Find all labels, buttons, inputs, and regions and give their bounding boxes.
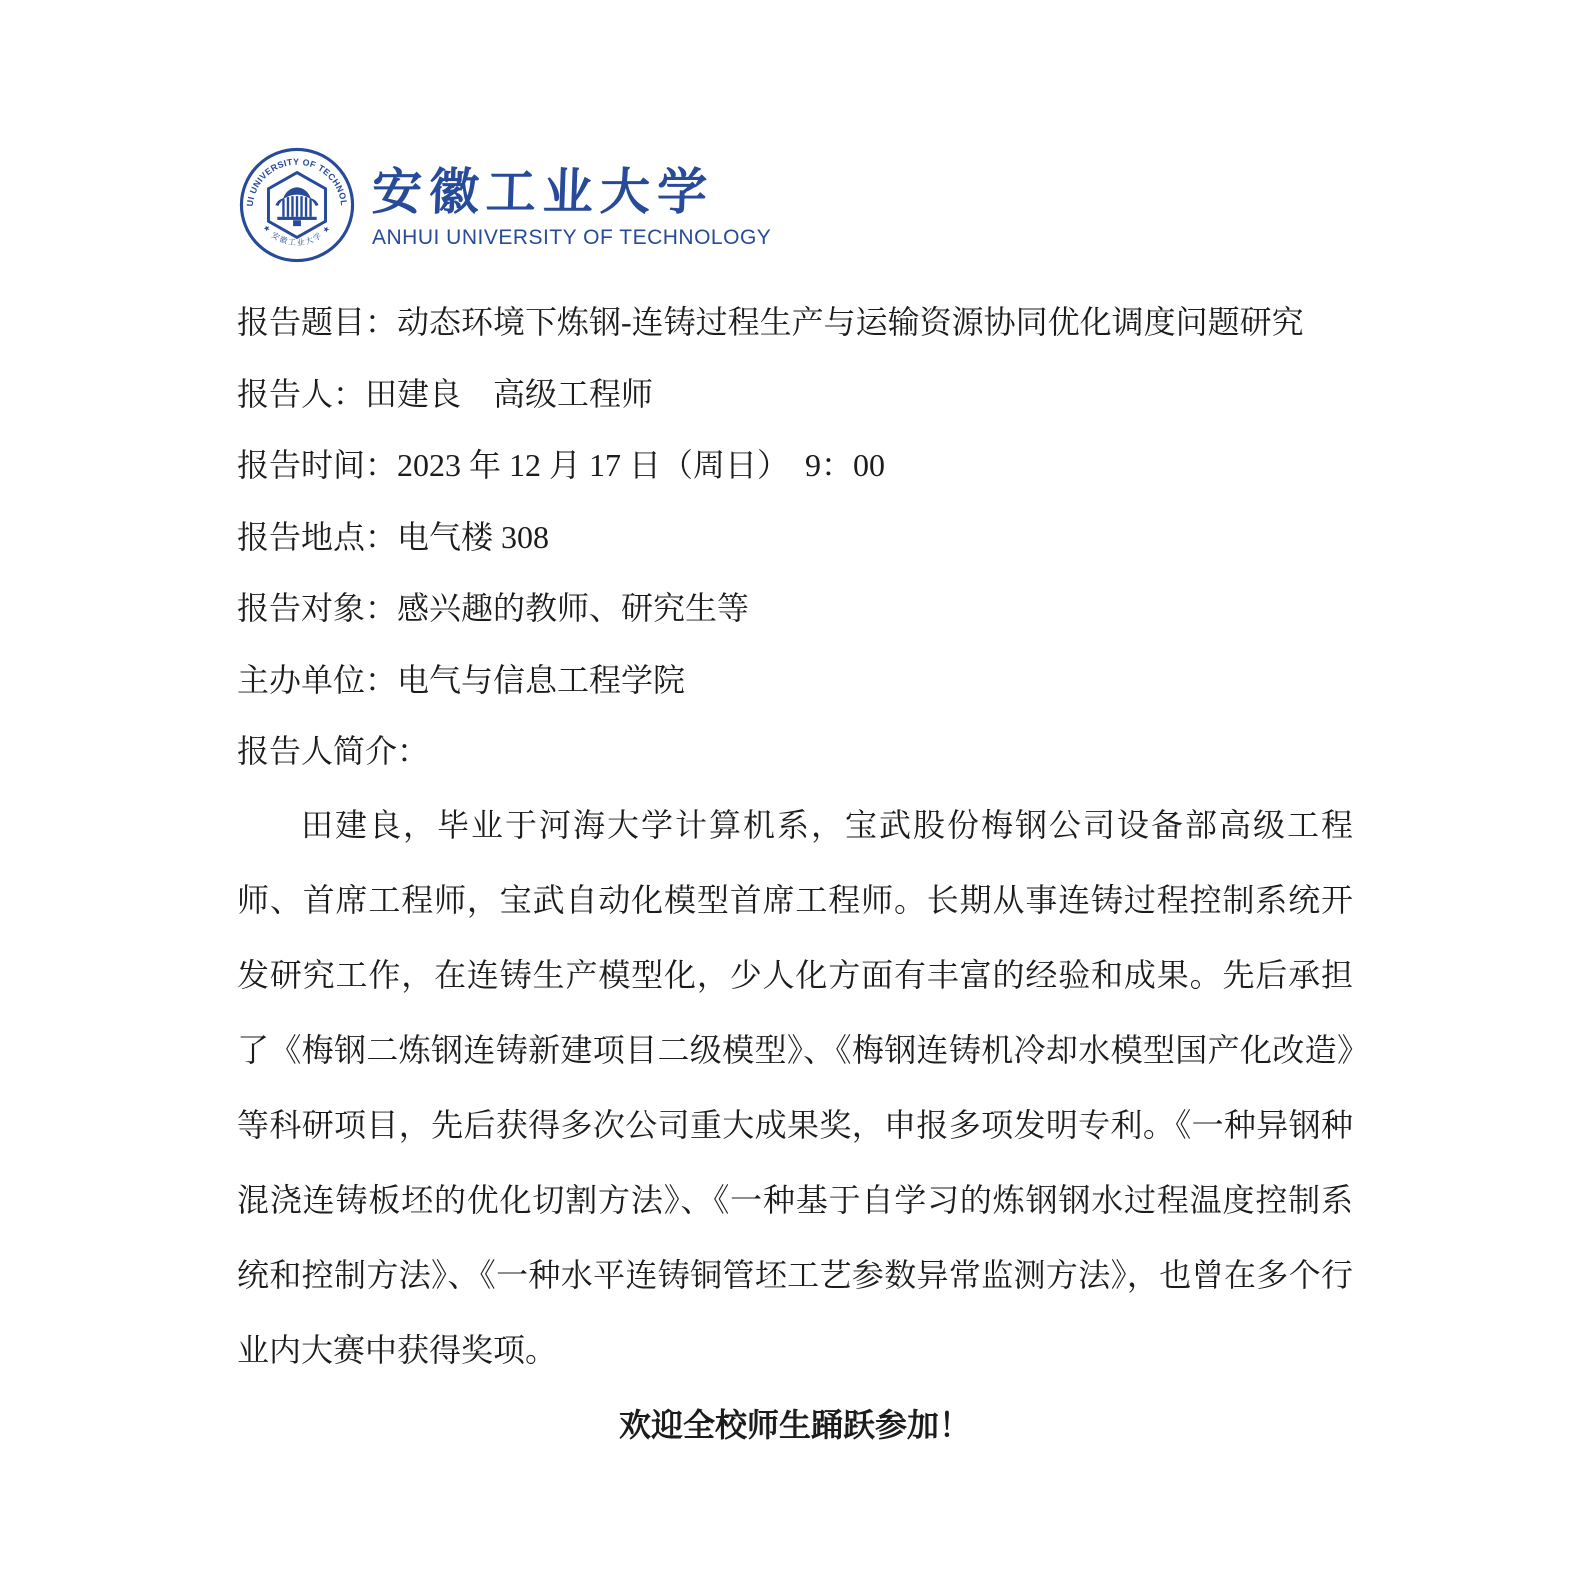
seal-arc-bottom-text: ★ 安徽工业大学 ★: [261, 223, 333, 248]
report-venue-line: 报告地点：电气楼 308: [237, 502, 1353, 574]
university-name-en: ANHUI UNIVERSITY OF TECHNOLOGY: [372, 226, 771, 250]
report-title-line: 报告题目：动态环境下炼钢-连铸过程生产与运输资源协同优化调度问题研究: [237, 287, 1353, 359]
announcement-body: 报告题目：动态环境下炼钢-连铸过程生产与运输资源协同优化调度问题研究 报告人：田…: [237, 287, 1353, 1462]
document-page: ANHUI UNIVERSITY OF TECHNOLOGY ★ 安徽工业大学 …: [0, 0, 1587, 1577]
report-speaker-line: 报告人：田建良 高级工程师: [237, 359, 1353, 431]
speaker-bio-paragraph: 田建良，毕业于河海大学计算机系，宝武股份梅钢公司设备部高级工程师、首席工程师，宝…: [237, 788, 1353, 1388]
seal-building-glyph: [275, 187, 318, 226]
report-time-line: 报告时间：2023 年 12 月 17 日（周日） 9：00: [237, 430, 1353, 502]
university-seal-icon: ANHUI UNIVERSITY OF TECHNOLOGY ★ 安徽工业大学 …: [238, 146, 356, 264]
report-organizer-line: 主办单位：电气与信息工程学院: [237, 645, 1353, 717]
university-name-block: 安徽工业大学 ANHUI UNIVERSITY OF TECHNOLOGY: [372, 161, 771, 250]
university-name-cn: 安徽工业大学: [371, 161, 772, 223]
university-logo: ANHUI UNIVERSITY OF TECHNOLOGY ★ 安徽工业大学 …: [238, 146, 771, 264]
report-audience-line: 报告对象：感兴趣的教师、研究生等: [237, 573, 1353, 645]
closing-invitation: 欢迎全校师生踊跃参加！: [237, 1388, 1353, 1462]
svg-text:★ 安徽工业大学 ★: ★ 安徽工业大学 ★: [261, 223, 333, 248]
bio-heading: 报告人简介：: [237, 716, 1353, 788]
